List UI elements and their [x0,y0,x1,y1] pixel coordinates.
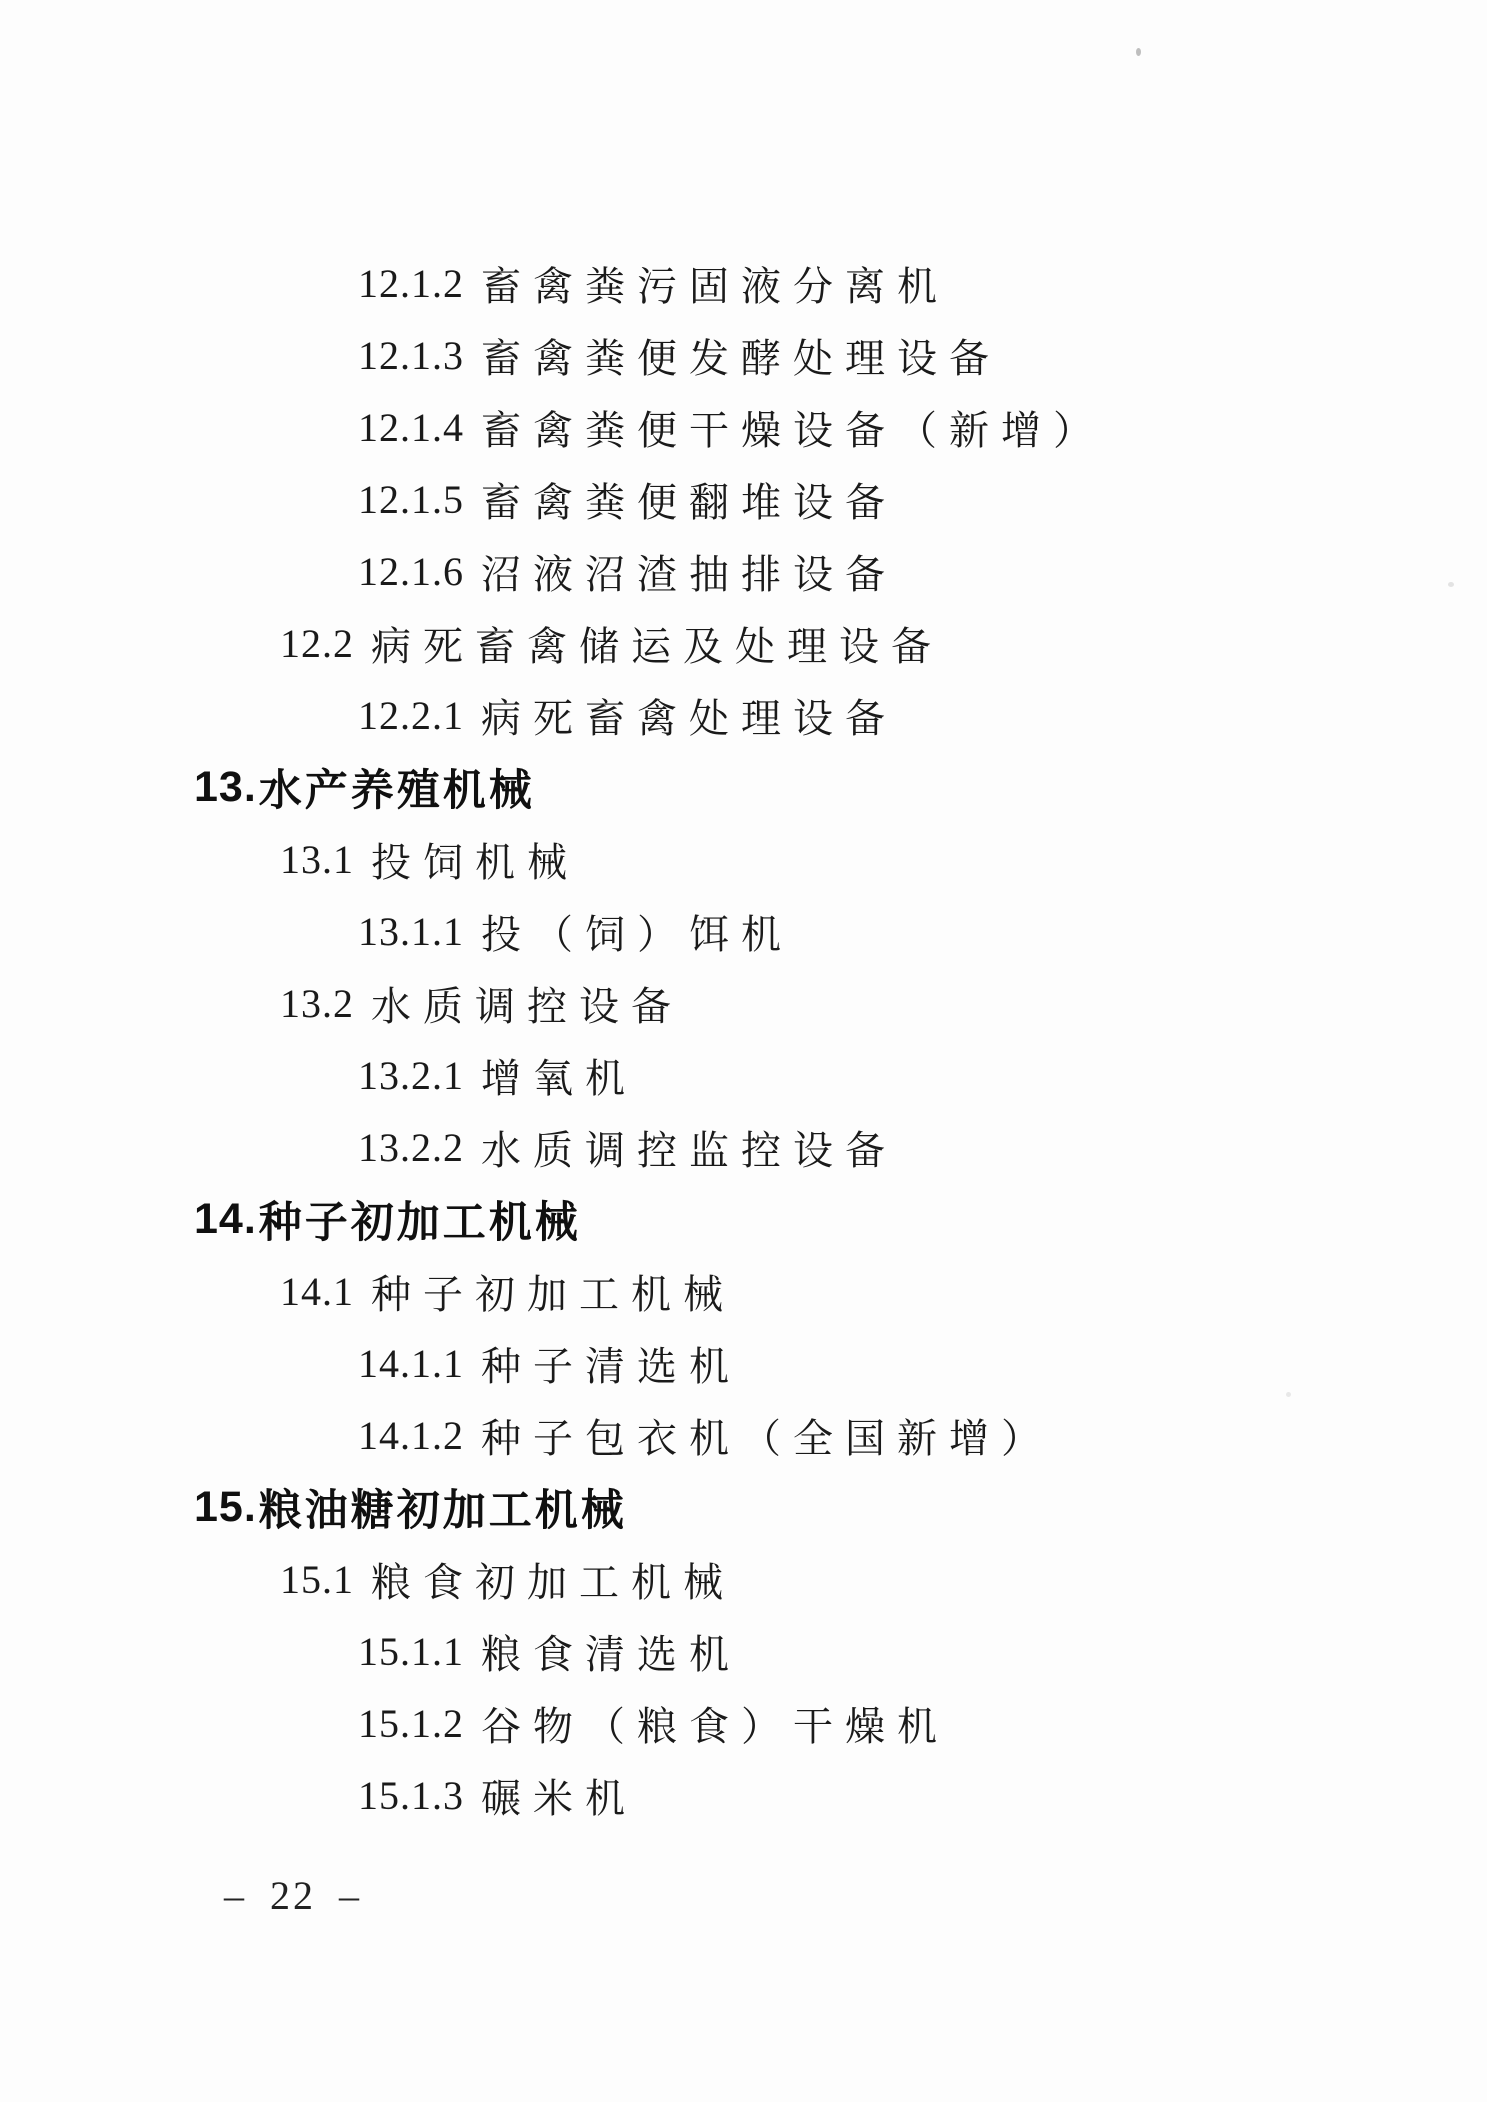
item-number: 12.1.3 [358,332,464,379]
item-number: 12.1.6 [358,548,464,595]
list-item: 12.2.1 病死畜禽处理设备 [0,679,1487,751]
item-label: 畜禽粪便干燥设备（新增） [481,399,1105,456]
item-label: 碾米机 [481,1767,637,1824]
item-label: 种子清选机 [481,1335,741,1392]
list-item: 15.1.2 谷物（粮食）干燥机 [0,1687,1487,1759]
item-number: 14.1.1 [358,1340,464,1387]
item-label: 谷物（粮食）干燥机 [481,1695,949,1752]
scan-artifact [1448,582,1454,587]
item-label: 种子包衣机（全国新增） [481,1407,1053,1464]
list-item: 12.1.5 畜禽粪便翻堆设备 [0,463,1487,535]
item-number: 13.1 [280,836,354,883]
item-number: 14.1.2 [358,1412,464,1459]
list-item: 12.2 病死畜禽储运及处理设备 [0,607,1487,679]
item-number: 15. [194,1483,257,1532]
item-number: 13.2 [280,980,354,1027]
item-number: 15.1.2 [358,1700,464,1747]
list-item: 13.1.1 投（饲）饵机 [0,895,1487,967]
item-number: 15.1 [280,1556,354,1603]
item-number: 12.2.1 [358,692,464,739]
list-item: 13.1 投饲机械 [0,823,1487,895]
list-item: 15.1.1 粮食清选机 [0,1615,1487,1687]
item-number: 13.2.2 [358,1124,464,1171]
item-number: 14.1 [280,1268,354,1315]
item-number: 15.1.3 [358,1772,464,1819]
list-item: 13.2 水质调控设备 [0,967,1487,1039]
item-label: 水质调控监控设备 [481,1119,897,1176]
list-item: 12.1.2 畜禽粪污固液分离机 [0,247,1487,319]
list-item: 12.1.4 畜禽粪便干燥设备（新增） [0,391,1487,463]
list-item: 15.1 粮食初加工机械 [0,1543,1487,1615]
item-label: 畜禽粪便翻堆设备 [481,471,897,528]
item-label: 粮食清选机 [481,1623,741,1680]
item-number: 12.1.4 [358,404,464,451]
list-item: 15.1.3 碾米机 [0,1759,1487,1831]
item-label: 畜禽粪便发酵处理设备 [481,327,1001,384]
list-item: 13.2.1 增氧机 [0,1039,1487,1111]
item-label: 粮食初加工机械 [371,1551,735,1608]
list-item: 13.2.2 水质调控监控设备 [0,1111,1487,1183]
item-number: 13.1.1 [358,908,464,955]
item-label: 病死畜禽处理设备 [481,687,897,744]
item-number: 12.2 [280,620,354,667]
section-heading: 14. 种子初加工机械 [0,1183,1487,1255]
item-label: 粮油糖初加工机械 [259,1477,627,1538]
item-label: 种子初加工机械 [371,1263,735,1320]
item-list: 12.1.2 畜禽粪污固液分离机 12.1.3 畜禽粪便发酵处理设备 12.1.… [0,247,1487,1831]
item-label: 水产养殖机械 [259,757,535,818]
scan-artifact [1286,1392,1291,1397]
item-label: 投（饲）饵机 [481,903,793,960]
item-label: 水质调控设备 [371,975,683,1032]
list-item: 12.1.3 畜禽粪便发酵处理设备 [0,319,1487,391]
item-label: 增氧机 [481,1047,637,1104]
item-number: 13.2.1 [358,1052,464,1099]
list-item: 14.1 种子初加工机械 [0,1255,1487,1327]
document-page: 12.1.2 畜禽粪污固液分离机 12.1.3 畜禽粪便发酵处理设备 12.1.… [0,0,1487,2102]
page-number: – 22 – [224,1872,362,1919]
item-label: 畜禽粪污固液分离机 [481,255,949,312]
scan-artifact [1136,48,1141,56]
item-label: 种子初加工机械 [259,1189,581,1250]
section-heading: 15. 粮油糖初加工机械 [0,1471,1487,1543]
item-number: 13. [194,763,257,812]
item-number: 14. [194,1195,257,1244]
list-item: 14.1.2 种子包衣机（全国新增） [0,1399,1487,1471]
item-label: 沼液沼渣抽排设备 [481,543,897,600]
item-number: 12.1.5 [358,476,464,523]
list-item: 12.1.6 沼液沼渣抽排设备 [0,535,1487,607]
section-heading: 13. 水产养殖机械 [0,751,1487,823]
item-number: 15.1.1 [358,1628,464,1675]
list-item: 14.1.1 种子清选机 [0,1327,1487,1399]
item-label: 投饲机械 [371,831,579,888]
item-label: 病死畜禽储运及处理设备 [371,615,943,672]
item-number: 12.1.2 [358,260,464,307]
